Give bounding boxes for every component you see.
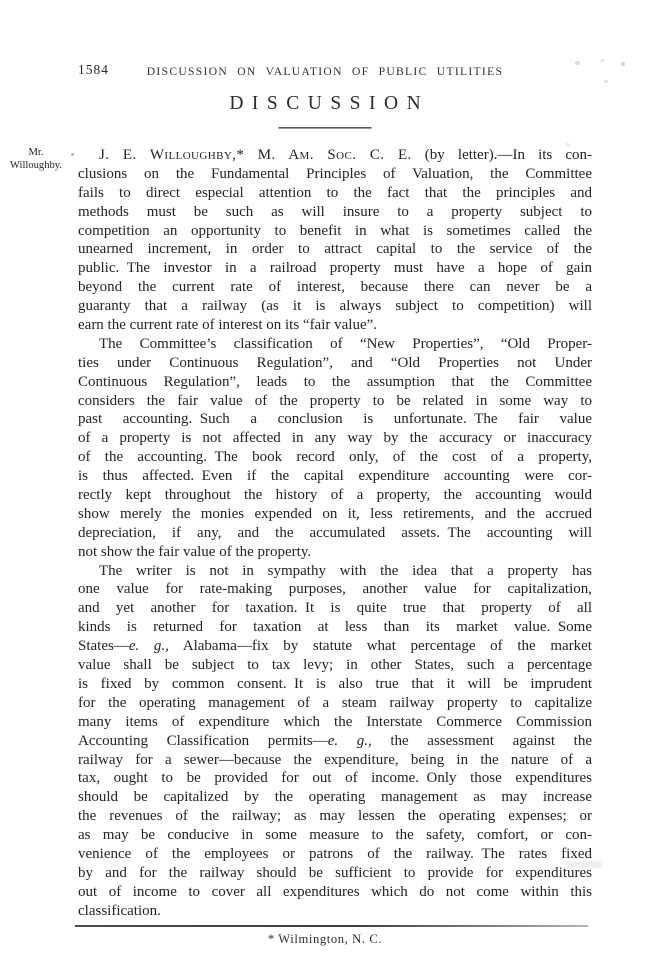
- text-segment: depreciation, if any, and the accumulate…: [78, 525, 592, 541]
- text-line: beyond the current rate of interest, bec…: [78, 278, 592, 297]
- text-segment: is thus affected. Even if the capital ex…: [78, 468, 592, 484]
- text-segment: is fixed by common consent. It is also t…: [78, 676, 592, 692]
- text-line: methods must be such as will insure to a…: [78, 203, 592, 222]
- text-segment: competition an opportunity to benefit in…: [78, 223, 592, 239]
- text-line: is thus affected. Even if the capital ex…: [78, 467, 592, 486]
- text-line: as may be conducive in some measure to t…: [78, 826, 592, 845]
- text-segment: as may be conducive in some measure to t…: [78, 827, 592, 843]
- text-line: Accounting Classification permits—e. g.,…: [78, 732, 592, 751]
- scan-noise-speck: [71, 153, 74, 156]
- text-segment: States—: [78, 638, 129, 654]
- text-line: railway for a sewer—because the expendit…: [78, 751, 592, 770]
- text-line: out of income to cover all expenditures …: [78, 883, 592, 902]
- text-segment: show merely the monies expended on it, l…: [78, 506, 592, 522]
- text-segment: venience of the employees or patrons of …: [78, 846, 592, 862]
- text-segment: of a property is not affected in any way…: [78, 430, 592, 446]
- text-line: for the operating management of a steam …: [78, 694, 592, 713]
- text-line: is fixed by common consent. It is also t…: [78, 675, 592, 694]
- text-segment: past accounting. Such a conclusion is un…: [78, 411, 592, 427]
- margin-note-line: Willoughby.: [2, 160, 70, 173]
- paragraph: J. E. Willoughby,* M. Am. Soc. C. E. (by…: [78, 146, 592, 335]
- text-line: fails to direct especial attention to th…: [78, 184, 592, 203]
- text-segment: the assessment against the: [372, 733, 592, 749]
- paragraph: The Committee’s classification of “New P…: [78, 335, 592, 562]
- text-line: and yet another for taxation. It is quit…: [78, 599, 592, 618]
- smallcaps-segment: J. E. Willoughby,* M. Am. Soc. C. E.: [99, 147, 412, 163]
- text-line: venience of the employees or patrons of …: [78, 845, 592, 864]
- text-line: States—e. g., Alabama—fix by statute wha…: [78, 637, 592, 656]
- text-line: many items of expenditure which the Inte…: [78, 713, 592, 732]
- scan-noise-speck: [601, 59, 604, 62]
- text-segment: should be capitalized by the operating m…: [78, 789, 592, 805]
- running-head: DISCUSSION ON VALUATION OF PUBLIC UTILIT…: [0, 65, 650, 78]
- scan-noise-speck: [575, 61, 580, 65]
- text-line: classification.: [78, 902, 592, 921]
- text-segment: the revenues of the railway; as may less…: [78, 808, 592, 824]
- text-line: the revenues of the railway; as may less…: [78, 807, 592, 826]
- text-segment: The Committee’s classification of “New P…: [99, 336, 592, 352]
- text-segment: classification.: [78, 903, 161, 919]
- text-segment: Continuous Regulation”, leads to the ass…: [78, 374, 592, 390]
- text-segment: and yet another for taxation. It is quit…: [78, 600, 592, 616]
- text-segment: one value for rate-making purposes, anot…: [78, 581, 592, 597]
- text-segment: Alabama—fix by statute what percentage o…: [169, 638, 592, 654]
- text-line: one value for rate-making purposes, anot…: [78, 580, 592, 599]
- text-line: value shall be subject to tax levy; in o…: [78, 656, 592, 675]
- text-line: of a property is not affected in any way…: [78, 429, 592, 448]
- text-line: clusions on the Fundamental Principles o…: [78, 165, 592, 184]
- text-segment: (by letter).—In its con-: [412, 147, 592, 163]
- text-line: public. The investor in a railroad prope…: [78, 259, 592, 278]
- text-segment: not show the fair value of the property.: [78, 544, 311, 560]
- text-segment: fails to direct especial attention to th…: [78, 185, 592, 201]
- title-rule-divider: [279, 127, 372, 129]
- text-segment: beyond the current rate of interest, bec…: [78, 279, 592, 295]
- text-segment: clusions on the Fundamental Principles o…: [78, 166, 592, 182]
- text-segment: out of income to cover all expenditures …: [78, 884, 592, 900]
- margin-note-speaker: Mr. Willoughby.: [2, 147, 70, 172]
- text-line: competition an opportunity to benefit in…: [78, 222, 592, 241]
- text-segment: earn the current rate of interest on its…: [78, 317, 377, 333]
- text-line: unearned increment, in order to attract …: [78, 240, 592, 259]
- text-line: The writer is not in sympathy with the i…: [78, 562, 592, 581]
- text-line: depreciation, if any, and the accumulate…: [78, 524, 592, 543]
- section-title: DISCUSSION: [0, 93, 650, 115]
- text-segment: tax, ought to be provided for out of inc…: [78, 770, 592, 786]
- text-segment: of the accounting. The book record only,…: [78, 449, 592, 465]
- text-segment: methods must be such as will insure to a…: [78, 204, 592, 220]
- scan-noise-speck: [566, 143, 569, 146]
- text-line: tax, ought to be provided for out of inc…: [78, 769, 592, 788]
- scan-noise-smudge: [566, 861, 602, 868]
- italic-segment: e. g.,: [328, 733, 372, 749]
- text-segment: many items of expenditure which the Inte…: [78, 714, 592, 730]
- text-segment: The writer is not in sympathy with the i…: [99, 563, 592, 579]
- text-segment: kinds is returned for taxation at less t…: [78, 619, 592, 635]
- text-line: not show the fair value of the property.: [78, 543, 592, 562]
- text-segment: for the operating management of a steam …: [78, 695, 592, 711]
- text-segment: ties under Continuous Regulation”, and “…: [78, 355, 592, 371]
- text-segment: value shall be subject to tax levy; in o…: [78, 657, 592, 673]
- paragraph: The writer is not in sympathy with the i…: [78, 562, 592, 921]
- text-segment: considers the fair value of the property…: [78, 393, 592, 409]
- text-segment: rectly kept throughout the history of a …: [78, 487, 592, 503]
- body-text: J. E. Willoughby,* M. Am. Soc. C. E. (by…: [78, 146, 592, 921]
- text-line: Continuous Regulation”, leads to the ass…: [78, 373, 592, 392]
- text-segment: railway for a sewer—because the expendit…: [78, 752, 592, 768]
- text-segment: guaranty that a railway (as it is always…: [78, 298, 592, 314]
- scan-noise-speck: [621, 62, 625, 66]
- italic-segment: e. g.,: [129, 638, 169, 654]
- text-segment: unearned increment, in order to attract …: [78, 241, 592, 257]
- text-line: of the accounting. The book record only,…: [78, 448, 592, 467]
- text-segment: public. The investor in a railroad prope…: [78, 260, 592, 276]
- scanned-book-page: 1584 DISCUSSION ON VALUATION OF PUBLIC U…: [0, 0, 650, 979]
- text-line: rectly kept throughout the history of a …: [78, 486, 592, 505]
- text-line: past accounting. Such a conclusion is un…: [78, 410, 592, 429]
- footnote-rule-divider: [75, 925, 588, 927]
- text-line: considers the fair value of the property…: [78, 392, 592, 411]
- text-line: show merely the monies expended on it, l…: [78, 505, 592, 524]
- footnote: * Wilmington, N. C.: [0, 932, 650, 947]
- text-line: guaranty that a railway (as it is always…: [78, 297, 592, 316]
- text-line: should be capitalized by the operating m…: [78, 788, 592, 807]
- text-segment: Accounting Classification permits—: [78, 733, 328, 749]
- text-line: J. E. Willoughby,* M. Am. Soc. C. E. (by…: [78, 146, 592, 165]
- text-line: ties under Continuous Regulation”, and “…: [78, 354, 592, 373]
- text-line: kinds is returned for taxation at less t…: [78, 618, 592, 637]
- margin-note-line: Mr.: [2, 147, 70, 160]
- text-line: by and for the railway should be suffici…: [78, 864, 592, 883]
- scan-noise-speck: [604, 80, 608, 83]
- text-segment: by and for the railway should be suffici…: [78, 865, 592, 881]
- text-line: The Committee’s classification of “New P…: [78, 335, 592, 354]
- text-line: earn the current rate of interest on its…: [78, 316, 592, 335]
